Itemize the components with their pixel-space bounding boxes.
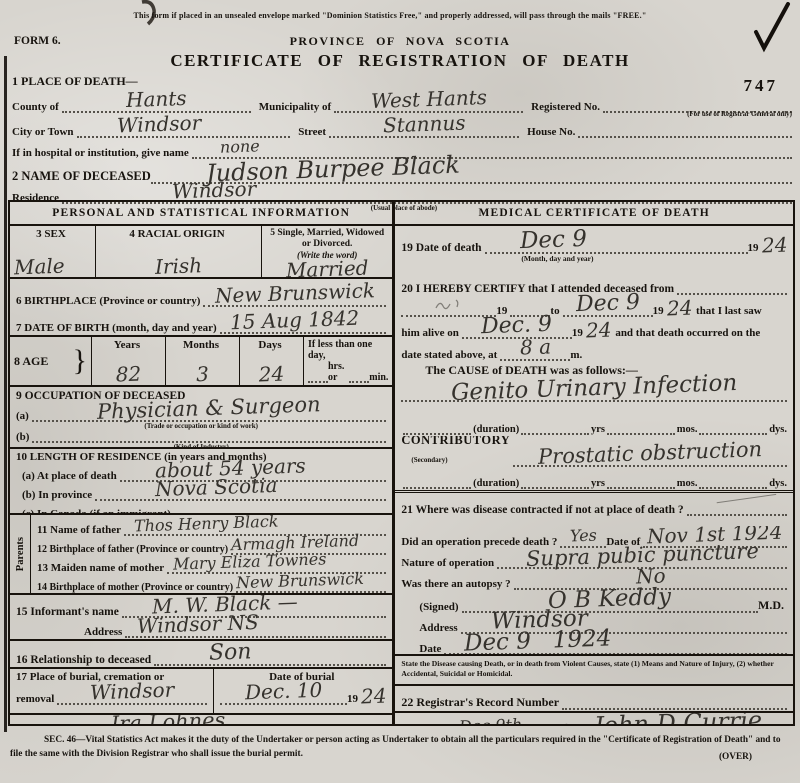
medical-column: MEDICAL CERTIFICATE OF DEATH 19 Date of …: [394, 200, 795, 726]
age-min-label: min.: [369, 372, 388, 383]
burial-row: 17 Place of burial, cremation or removal…: [10, 669, 392, 715]
relationship-field: Son: [154, 643, 386, 666]
duration-label: (duration): [473, 424, 519, 435]
certify-to-date: Dec 9: [575, 293, 640, 315]
burial-date-field: Dec. 10: [220, 682, 347, 705]
certify-block: 20 I HEREBY CERTIFY that I attended dece…: [395, 272, 793, 362]
age-days-cell: Days 24: [240, 337, 304, 385]
mos-label: mos.: [677, 478, 698, 489]
place-of-death-heading: 1 PLACE OF DEATH—: [12, 74, 138, 89]
burial-place-value: Windsor: [90, 681, 175, 702]
filed-year-value: 24: [549, 723, 570, 724]
province-heading: PROVINCE OF NOVA SCOTIA: [0, 34, 800, 49]
contributory-label: CONTRIBUTORY: [401, 436, 513, 447]
burial-place-cell: 17 Place of burial, cremation or removal…: [10, 669, 214, 713]
burial-year-value: 24: [361, 687, 387, 706]
residence-value: Windsor: [172, 180, 257, 201]
pencil-stroke: [717, 494, 778, 511]
res-province-field: Nova Scotia: [95, 478, 386, 501]
sex-cell: 3 SEX Male: [10, 226, 96, 277]
informant-row: 15 Informant's name M. W. Black — Addres…: [10, 595, 392, 641]
q23-row: 23 Filed Dec 9th 19 24 John D Currie (Di…: [395, 711, 793, 724]
age-months-cell: Months 3: [166, 337, 240, 385]
contributory-value: Prostatic obstruction: [538, 440, 763, 467]
yrs-label: yrs: [591, 424, 605, 435]
dob-value: 15 Aug 1842: [229, 309, 359, 331]
informant-addr-value: Windsor NS: [137, 613, 259, 635]
certify-line-2: that I last saw: [692, 305, 765, 317]
mother-bp-value: New Brunswick: [236, 572, 364, 591]
contributory-note: (Secondary): [401, 456, 447, 464]
city-line: City or Town Windsor Street Stannus Hous…: [12, 113, 792, 138]
q22-row: 22 Registrar's Record Number: [395, 684, 793, 711]
occupation-a-field: Physician & Surgeon: [32, 399, 387, 422]
contributory-field: Prostatic obstruction: [513, 444, 787, 467]
q23-label: 23 Filed: [401, 723, 445, 724]
last-seen-year: 24: [586, 321, 612, 340]
county-label: County of: [12, 101, 62, 113]
age-label: 8 AGE: [14, 354, 51, 369]
personal-heading: PERSONAL AND STATISTICAL INFORMATION: [10, 202, 392, 226]
marital-cell: 5 Single, Married, Widowed or Divorced. …: [262, 226, 392, 277]
informant-addr-label: Address: [84, 626, 125, 638]
hospital-label: If in hospital or institution, give name: [12, 147, 192, 159]
occupation-a-value: Physician & Surgeon: [97, 395, 321, 422]
house-no-label: House No.: [519, 126, 578, 138]
racial-origin-cell: 4 RACIAL ORIGIN Irish: [96, 226, 262, 277]
parents-row: Parents 11 Name of father Thos Henry Bla…: [10, 515, 392, 595]
length-of-residence-row: 10 LENGTH OF RESIDENCE (in years and mon…: [10, 449, 392, 515]
res-province-label: (b) In province: [16, 489, 95, 501]
informant-label: 15 Informant's name: [16, 606, 122, 618]
registered-no-label: Registered No.: [523, 101, 603, 113]
county-line: County of Hants Municipality of West Han…: [12, 88, 792, 113]
burial-date-cell: Date of burial Dec. 10 19 24: [214, 669, 392, 713]
city-label: City or Town: [12, 126, 77, 138]
age-less-label: If less than one day,: [308, 339, 388, 361]
relationship-row: 16 Relationship to deceased Son: [10, 641, 392, 669]
age-hrs-label: hrs. or: [328, 361, 349, 383]
racial-origin-label: 4 RACIAL ORIGIN: [100, 228, 257, 240]
age-days-label: Days: [244, 339, 299, 351]
birthplace-label: 6 BIRTHPLACE (Province or country): [16, 295, 203, 307]
marital-value: Married: [266, 258, 389, 277]
street-value: Stannus: [383, 114, 466, 135]
occupation-row: 9 OCCUPATION OF DECEASED (a) Physician &…: [10, 387, 392, 449]
parents-side-label: Parents: [10, 515, 31, 593]
death-certificate-scan: This form if placed in an unsealed envel…: [0, 0, 800, 783]
city-field: Windsor: [77, 115, 291, 138]
dod-year-printed: 19: [748, 242, 762, 254]
undertaker-value: Ira Lohnes: [111, 715, 226, 724]
res-canada-label: (c) In Canada (if an immigrant): [16, 508, 174, 515]
marital-label: 5 Single, Married, Widowed or Divorced.: [266, 228, 388, 250]
age-years-label: Years: [96, 339, 161, 351]
q21-row: 21 Where was disease contracted if not a…: [395, 490, 793, 526]
filed-date-field: Dec 9th: [445, 718, 535, 724]
yrs-label: yrs: [591, 478, 605, 489]
relationship-label: 16 Relationship to deceased: [16, 654, 154, 666]
birth-rows: 6 BIRTHPLACE (Province or country) New B…: [10, 279, 392, 335]
sex-origin-marital-row: 3 SEX Male 4 RACIAL ORIGIN Irish 5 Singl…: [10, 226, 392, 279]
certificate-title: CERTIFICATE OF REGISTRATION OF DEATH: [0, 51, 800, 71]
sex-label: 3 SEX: [14, 228, 91, 240]
place-of-death-section: County of Hants Municipality of West Han…: [12, 88, 792, 216]
certify-line-3: him alive on: [401, 327, 461, 339]
operation-block: Did an operation precede death ? Yes Dat…: [395, 526, 793, 654]
dod-label: 19 Date of death: [401, 242, 484, 254]
burial-date-value: Dec. 10: [245, 681, 323, 702]
racial-origin-value: Irish: [100, 254, 258, 277]
brace-glyph: }: [73, 346, 87, 376]
dys-label: dys.: [769, 424, 787, 435]
birthplace-value: New Brunswick: [215, 281, 375, 305]
street-field: Stannus: [329, 115, 519, 138]
age-label-cell: 8 AGE }: [10, 337, 92, 385]
cause-field: Genito Urinary Infection: [401, 378, 787, 402]
municipality-field: West Hants: [334, 90, 523, 113]
last-seen-field: Dec. 9: [462, 316, 572, 339]
certify-m-label: m.: [570, 349, 585, 361]
dod-note: (Month, day and year): [521, 254, 787, 263]
father-label: 11 Name of father: [37, 524, 124, 536]
autopsy-value: No: [635, 566, 665, 585]
burial-label-2: removal: [16, 693, 57, 705]
mother-label: 13 Maiden name of mother: [37, 562, 167, 574]
illegible-scribble: [434, 298, 464, 310]
relationship-value: Son: [209, 642, 252, 663]
q22-label: 22 Registrar's Record Number: [401, 695, 562, 710]
age-less-cell: If less than one day, hrs. or min.: [304, 337, 392, 385]
occupation-a-note: (Trade or occupation or kind of work): [16, 422, 386, 430]
burial-place-field: Windsor: [57, 682, 207, 705]
mother-value: Mary Eliza Townes: [173, 552, 327, 572]
undertaker-field: Ira Lohnes: [91, 715, 387, 724]
mother-bp-label: 14 Birthplace of mother (Province or cou…: [37, 582, 236, 593]
informant-addr-field: Windsor NS: [125, 615, 386, 638]
municipality-value: West Hants: [370, 88, 487, 110]
undertaker-row: 18 Undertaker Ira Lohnes (Name and addre…: [10, 715, 392, 724]
municipality-label: Municipality of: [251, 101, 334, 113]
scan-edge-line: [4, 56, 7, 732]
age-days-value: 24: [244, 364, 300, 384]
registrar-signature: John D Currie: [594, 711, 763, 724]
street-label: Street: [290, 126, 329, 138]
dod-year-value: 24: [761, 236, 787, 255]
occupation-b-field: [32, 441, 386, 443]
mos-label: mos.: [677, 424, 698, 435]
age-years-cell: Years 82: [92, 337, 166, 385]
age-months-value: 3: [170, 364, 236, 384]
dob-label: 7 DATE OF BIRTH (month, day and year): [16, 322, 220, 334]
contributory-row: CONTRIBUTORY (Secondary) Prostatic obstr…: [395, 436, 793, 468]
occupation-b-label: (b): [16, 431, 32, 443]
res-province-value: Nova Scotia: [155, 476, 278, 498]
city-value: Windsor: [116, 114, 201, 135]
q21-label: 21 Where was disease contracted if not a…: [401, 504, 686, 516]
sex-value: Male: [14, 256, 92, 277]
birthplace-field: New Brunswick: [203, 284, 386, 307]
operation-value: Yes: [570, 529, 597, 544]
age-years-value: 82: [96, 364, 162, 384]
burial-year-printed: 19: [347, 693, 361, 705]
duration-label: (duration): [473, 478, 519, 489]
medical-heading: MEDICAL CERTIFICATE OF DEATH: [395, 202, 793, 226]
personal-column: PERSONAL AND STATISTICAL INFORMATION 3 S…: [8, 200, 394, 726]
death-time: 8 a: [520, 337, 552, 356]
certify-to-year: 24: [666, 299, 692, 318]
last-seen-year-printed: 19: [572, 327, 586, 339]
occupation-a-label: (a): [16, 410, 32, 422]
signed-label: (Signed): [419, 601, 461, 613]
county-field: Hants: [62, 90, 251, 113]
date-value: Dec 9 1924: [464, 628, 612, 654]
registrar-signature-field: John D Currie: [570, 713, 787, 724]
filed-date-value: Dec 9th: [459, 718, 523, 724]
mail-notice: This form if placed in an unsealed envel…: [70, 11, 710, 20]
duration-line-2: (duration) yrs mos. dys.: [395, 468, 793, 490]
age-months-label: Months: [170, 339, 235, 351]
county-value: Hants: [126, 89, 187, 109]
hospital-value: none: [220, 139, 260, 155]
certify-to-date-field: Dec 9: [563, 294, 653, 317]
death-time-field: 8 a: [500, 338, 570, 361]
father-value: Thos Henry Black: [134, 515, 279, 534]
certify-line-4: and that death occurred on the: [611, 327, 763, 339]
date-field: Dec 9 1924: [444, 631, 787, 654]
dys-label: dys.: [769, 478, 787, 489]
over-label: (OVER): [719, 752, 752, 762]
last-seen-date: Dec. 9: [481, 315, 553, 337]
cause-of-death-block: The CAUSE of DEATH was as follows:— Geni…: [395, 362, 793, 414]
sec46-note: SEC. 46—Vital Statistics Act makes it th…: [10, 734, 786, 762]
violent-causes-note: State the Disease causing Death, or in d…: [395, 654, 793, 684]
mother-bp-field: New Brunswick: [236, 573, 386, 593]
certify-line-5: date stated above, at: [401, 349, 500, 361]
dod-field: Dec 9: [485, 230, 748, 254]
dob-field: 15 Aug 1842: [220, 311, 387, 334]
age-row: 8 AGE } Years 82 Months 3 Days 24 If les…: [10, 335, 392, 387]
date-of-death-row: 19 Date of death Dec 9 19 24 (Month, day…: [395, 226, 793, 272]
duration-line-1: (duration) yrs mos. dys.: [395, 414, 793, 436]
dod-value: Dec 9: [519, 229, 587, 252]
certify-to-year-printed: 19: [653, 305, 667, 317]
q22-field: [562, 708, 787, 710]
cause-value: Genito Urinary Infection: [451, 373, 738, 404]
date-label: Date: [419, 643, 444, 654]
certificate-table: PERSONAL AND STATISTICAL INFORMATION 3 S…: [8, 200, 795, 726]
nature-label: Nature of operation: [401, 557, 497, 569]
